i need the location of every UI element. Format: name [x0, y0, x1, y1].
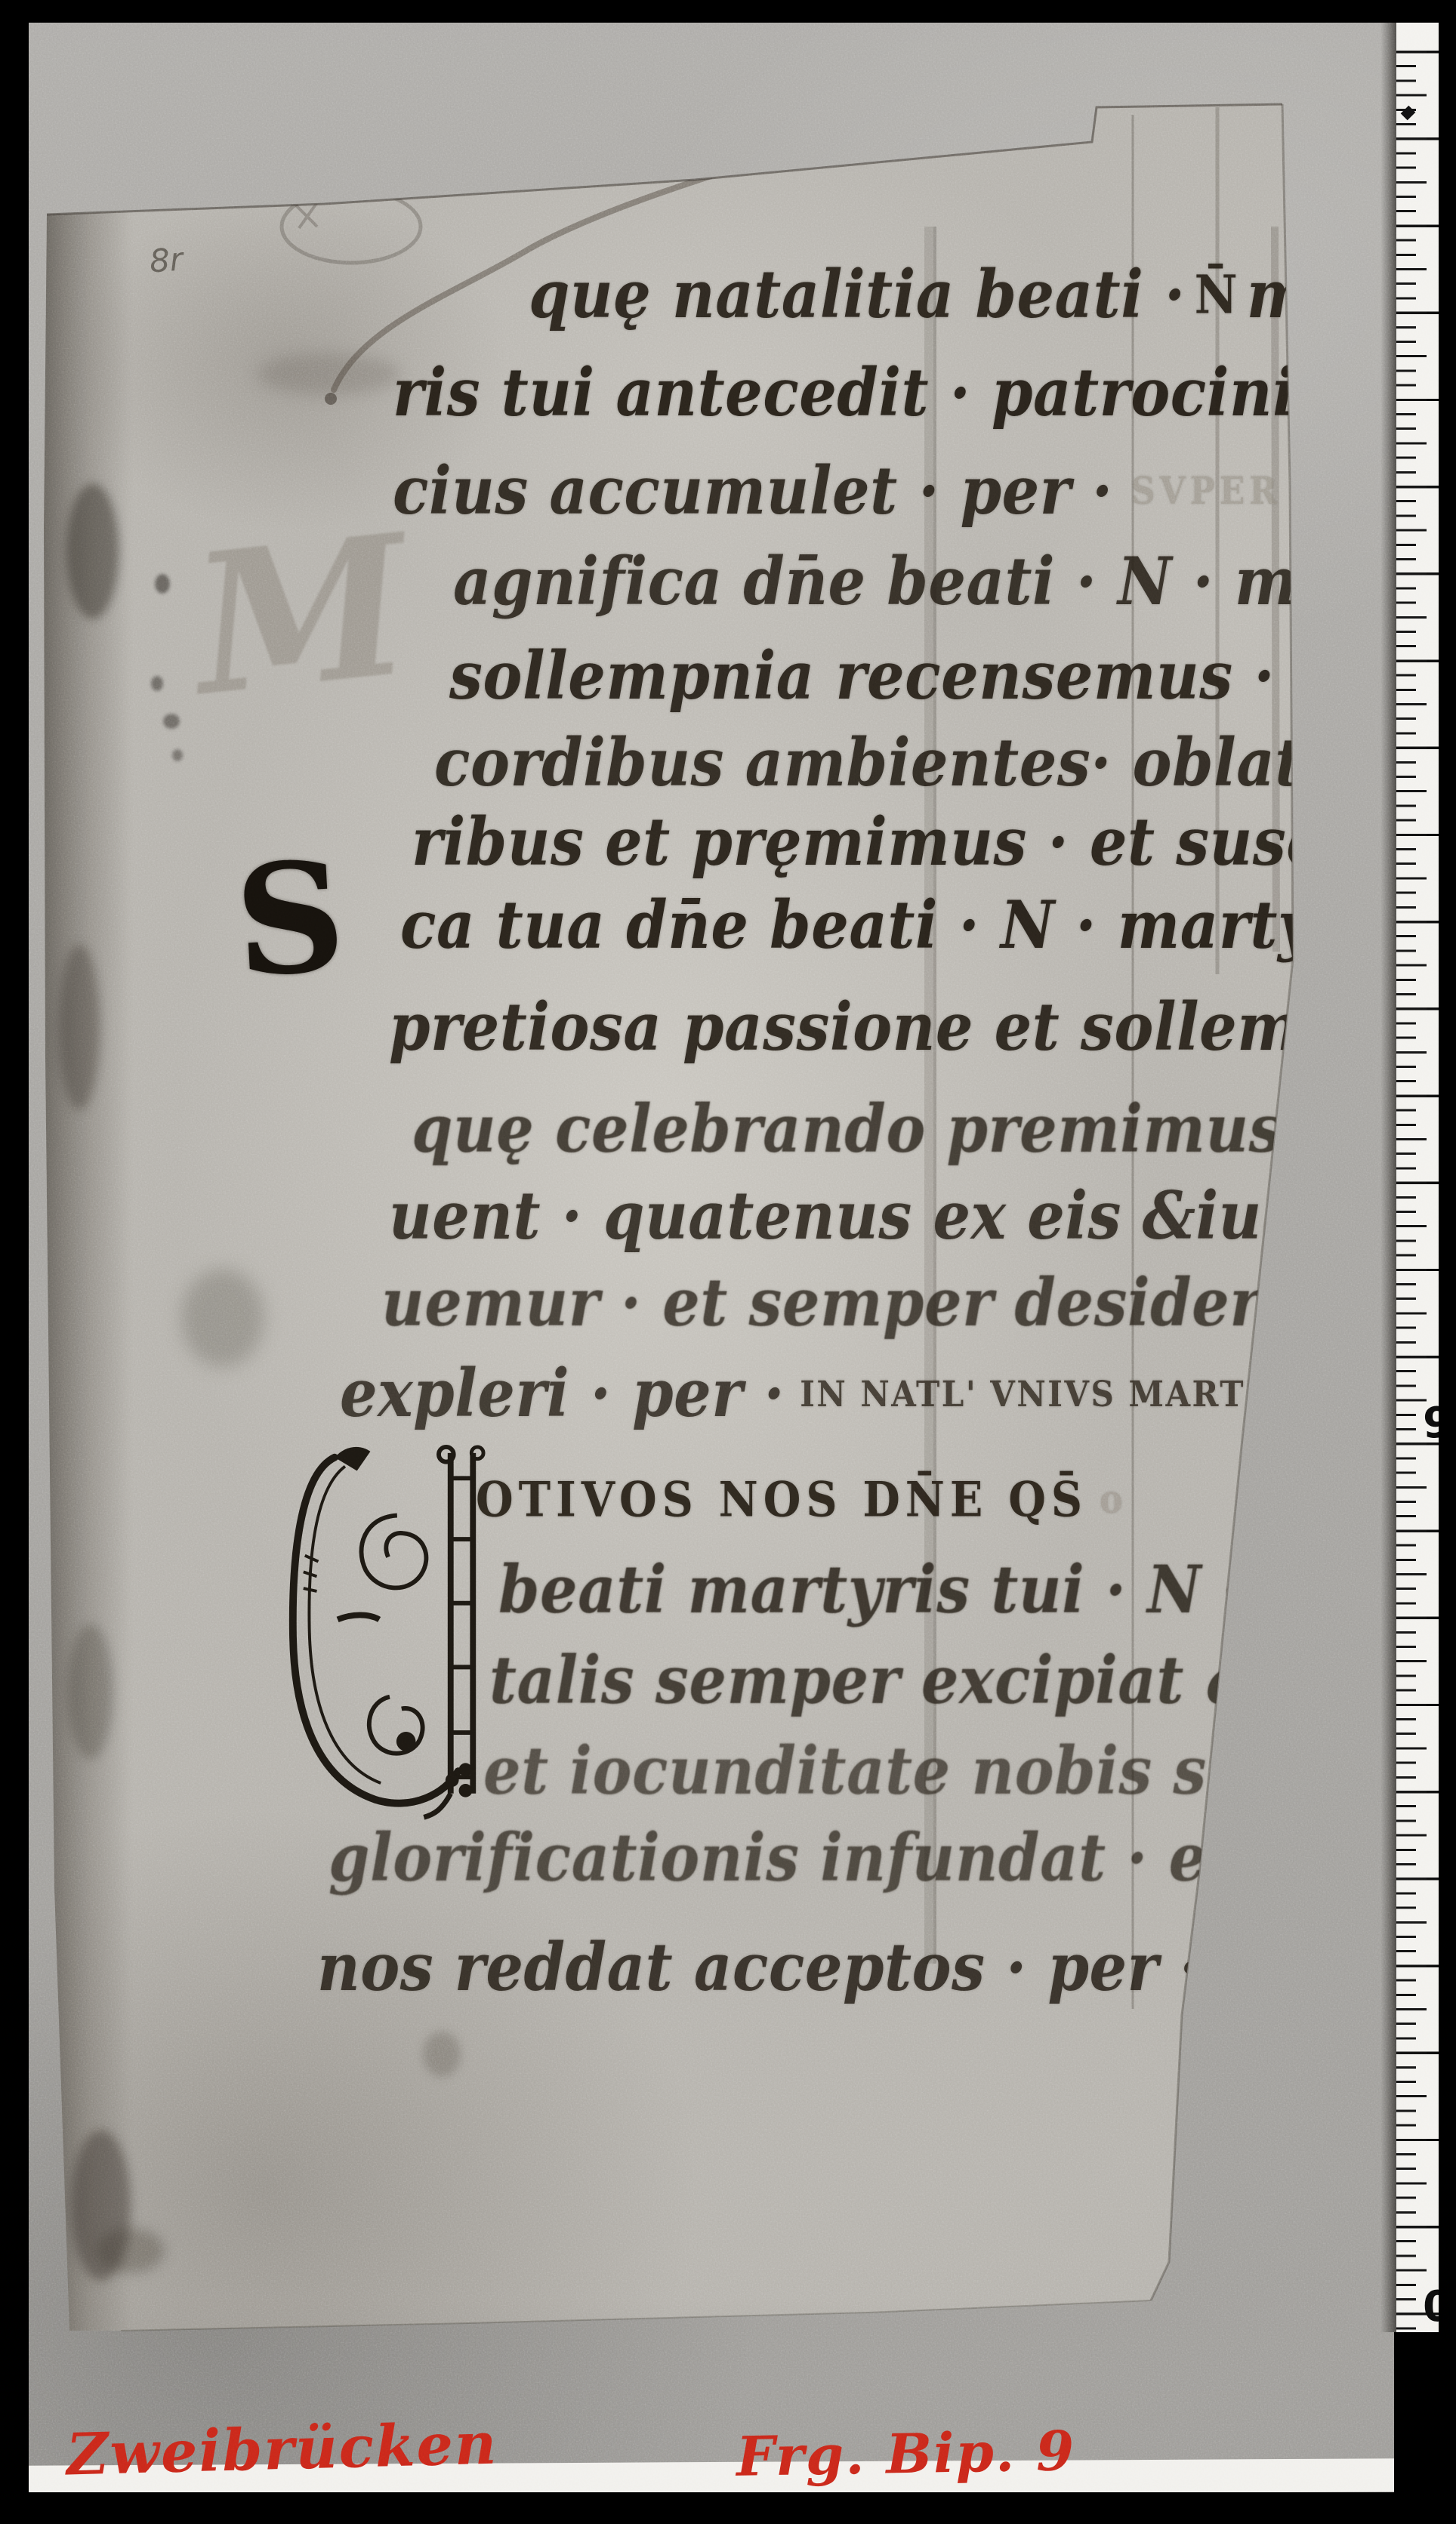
text-line: OTIVOS NOS DN̄E QS̄o — [476, 1452, 1123, 1545]
text-line: beati martyris tui · N · n. — [498, 1543, 1328, 1636]
text-segment: cius accumulet · per · — [393, 452, 1113, 529]
text-line: nos reddat acceptos · per ·S — [317, 1921, 1255, 2013]
text-segment: nos reddat acceptos · per · — [317, 1929, 1201, 2006]
photo-frame-bottom — [0, 2492, 1456, 2524]
ruler-ticks — [1396, 23, 1440, 2332]
text-segment: et iocunditate nobis sua — [483, 1733, 1288, 1810]
ghost-initial-m: M — [185, 509, 417, 723]
text-segment: N̄ — [1186, 264, 1247, 326]
text-segment: talis semper excipiat qu — [489, 1642, 1290, 1719]
measuring-ruler: 9 0 — [1396, 23, 1440, 2332]
display-caps: OTIVOS NOS DN̄E QS̄ — [476, 1470, 1087, 1527]
text-segment: beati martyris tui · N · n. — [498, 1551, 1328, 1628]
faded-caps: o — [1087, 1476, 1123, 1522]
photo-frame-right — [1439, 0, 1456, 2524]
photo-frame-left — [0, 0, 29, 2524]
archive-note-shelfmark: Frg. Bip. 9 — [736, 2418, 1075, 2489]
text-segment: quę natalitia beati · — [529, 256, 1186, 333]
text-segment: expleri · per · — [340, 1355, 785, 1432]
text-line: et iocunditate nobis sua — [483, 1724, 1288, 1817]
text-line: cius accumulet · per ·SVPER OBL — [393, 444, 1392, 537]
ruler-shadow — [1380, 23, 1397, 2332]
archive-note-location: Zweibrücken — [66, 2410, 498, 2489]
text-line: expleri · per ·IN NATL' VNIVS MART'VI·S̄… — [340, 1347, 1390, 1439]
text-line: talis semper excipiat qu — [489, 1634, 1290, 1726]
photo-frame-top — [0, 0, 1456, 23]
photo-stage: 9 0 M S — [0, 0, 1456, 2524]
rubric-caps: IN NATL' VNIVS MART' — [785, 1373, 1257, 1415]
text-line: quę natalitia beati ·N̄mart — [529, 248, 1407, 341]
